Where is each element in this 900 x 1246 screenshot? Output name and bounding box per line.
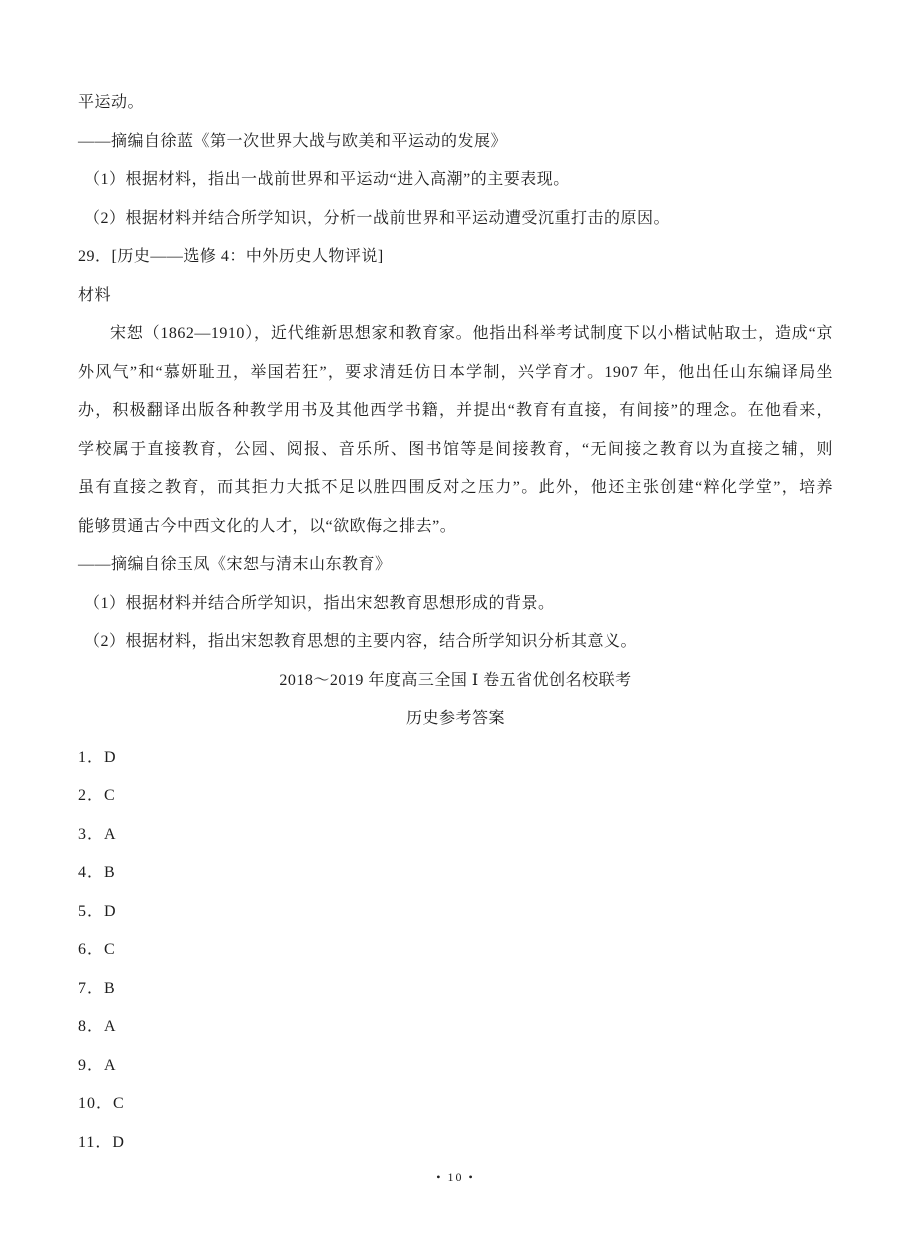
answer-item: 9．A [78, 1047, 833, 1086]
material-line: 办，积极翻译出版各种教学用书及其他西学书籍，并提出“教育有直接，有间接”的理念。… [78, 392, 833, 431]
answer-key-title: 2018～2019 年度高三全国 Ⅰ 卷五省优创名校联考 [78, 662, 833, 701]
answer-key-subtitle: 历史参考答案 [78, 700, 833, 739]
material-line: 虽有直接之教育，而其拒力大抵不足以胜四围反对之压力”。此外，他还主张创建“粹化学… [78, 469, 833, 508]
answer-item: 5．D [78, 893, 833, 932]
answer-item: 2．C [78, 777, 833, 816]
page-number: • 10 • [78, 1168, 833, 1186]
q29-source-citation: ——摘编自徐玉凤《宋恕与清末山东教育》 [78, 546, 833, 585]
material-line: 宋恕（1862—1910），近代维新思想家和教育家。他指出科举考试制度下以小楷试… [78, 315, 833, 354]
q28-continuation-text: 平运动。 [78, 84, 833, 123]
q28-source-citation: ——摘编自徐蓝《第一次世界大战与欧美和平运动的发展》 [78, 123, 833, 162]
material-line: 外风气”和“慕妍耻丑，举国若狂”，要求清廷仿日本学制，兴学育才。1907 年，他… [78, 354, 833, 393]
q28-question-2: （2）根据材料并结合所学知识，分析一战前世界和平运动遭受沉重打击的原因。 [78, 200, 833, 239]
q28-question-1: （1）根据材料，指出一战前世界和平运动“进入高潮”的主要表现。 [78, 161, 833, 200]
answer-item: 3．A [78, 816, 833, 855]
answer-item: 10．C [78, 1085, 833, 1124]
q29-question-2: （2）根据材料，指出宋恕教育思想的主要内容，结合所学知识分析其意义。 [78, 623, 833, 662]
material-line: 学校属于直接教育，公园、阅报、音乐所、图书馆等是间接教育，“无间接之教育以为直接… [78, 431, 833, 470]
q29-heading: 29．[历史——选修 4：中外历史人物评说] [78, 238, 833, 277]
answer-item: 7．B [78, 970, 833, 1009]
q29-question-1: （1）根据材料并结合所学知识，指出宋恕教育思想形成的背景。 [78, 585, 833, 624]
answer-item: 8．A [78, 1008, 833, 1047]
answer-item: 6．C [78, 931, 833, 970]
answer-item: 11．D [78, 1124, 833, 1163]
material-line: 能够贯通古今中西文化的人才，以“欲欧侮之排去”。 [78, 508, 833, 547]
material-label: 材料 [78, 277, 833, 316]
document-page: 平运动。 ——摘编自徐蓝《第一次世界大战与欧美和平运动的发展》 （1）根据材料，… [0, 0, 900, 1246]
answer-item: 4．B [78, 854, 833, 893]
answer-item: 1．D [78, 739, 833, 778]
